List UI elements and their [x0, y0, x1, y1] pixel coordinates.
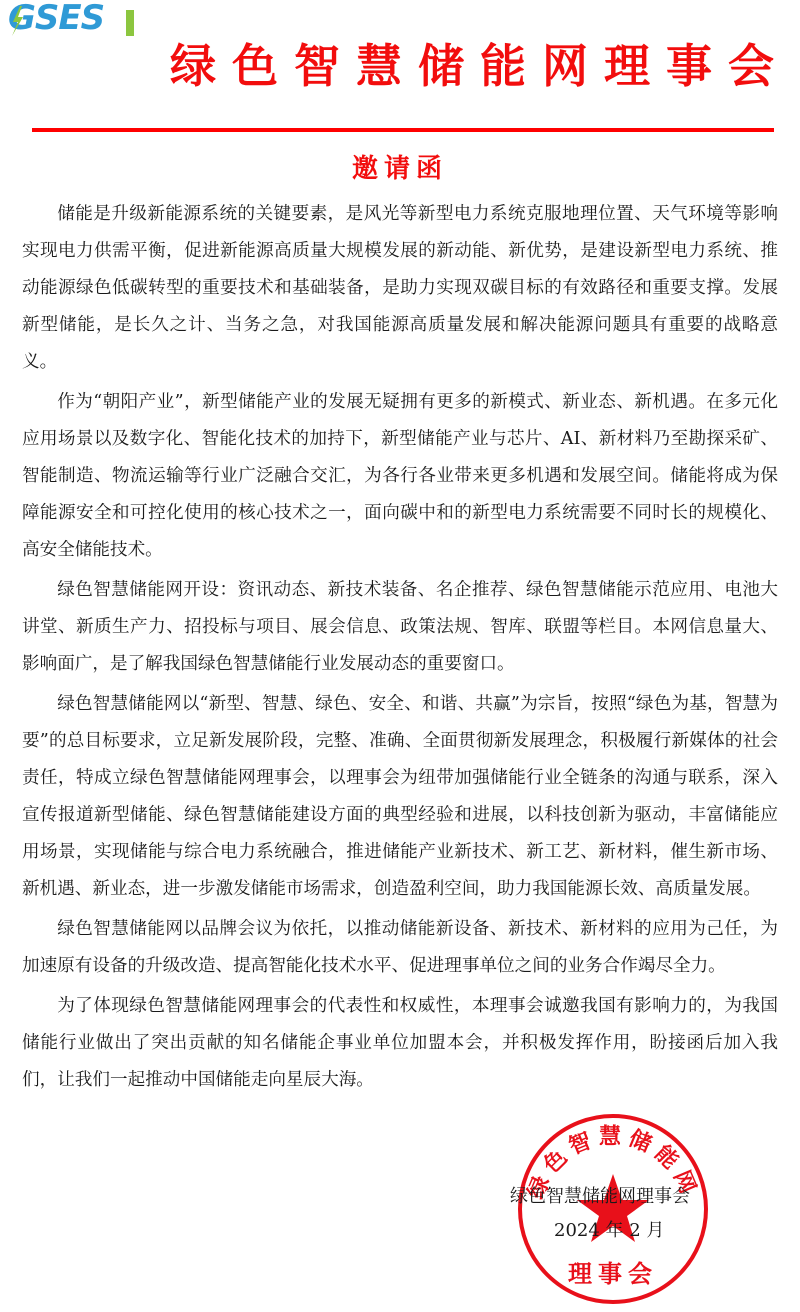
header-divider: [32, 128, 774, 132]
paragraph: 为了体现绿色智慧储能网理事会的代表性和权威性，本理事会诚邀我国有影响力的，为我国…: [22, 988, 778, 1099]
organization-title: 绿色智慧储能网理事会: [170, 30, 780, 96]
signature-block: 绿色智慧储能网理事会 2024 年 2 月: [510, 1180, 770, 1248]
signature-organization: 绿色智慧储能网理事会: [510, 1180, 770, 1214]
paragraph: 作为“朝阳产业”，新型储能产业的发展无疑拥有更多的新模式、新业态、新机遇。在多元…: [22, 384, 778, 569]
letter-body: 储能是升级新能源系统的关键要素，是风光等新型电力系统克服地理位置、天气环境等影响…: [22, 196, 778, 1102]
paragraph: 绿色智慧储能网以品牌会议为依托，以推动储能新设备、新技术、新材料的应用为己任，为…: [22, 911, 778, 985]
document-title: 邀请函: [0, 148, 800, 185]
paragraph: 绿色智慧储能网开设：资讯动态、新技术装备、名企推荐、绿色智慧储能示范应用、电池大…: [22, 572, 778, 683]
lightning-bolt-icon: [10, 6, 24, 36]
logo-battery-terminal: [126, 10, 134, 36]
paragraph: 储能是升级新能源系统的关键要素，是风光等新型电力系统克服地理位置、天气环境等影响…: [22, 196, 778, 381]
signature-date: 2024 年 2 月: [510, 1214, 770, 1248]
paragraph: 绿色智慧储能网以“新型、智慧、绿色、安全、和谐、共赢”为宗旨，按照“绿色为基，智…: [22, 686, 778, 908]
gses-logo: GSES: [2, 2, 138, 38]
seal-bottom-text: 理事会: [568, 1260, 658, 1288]
